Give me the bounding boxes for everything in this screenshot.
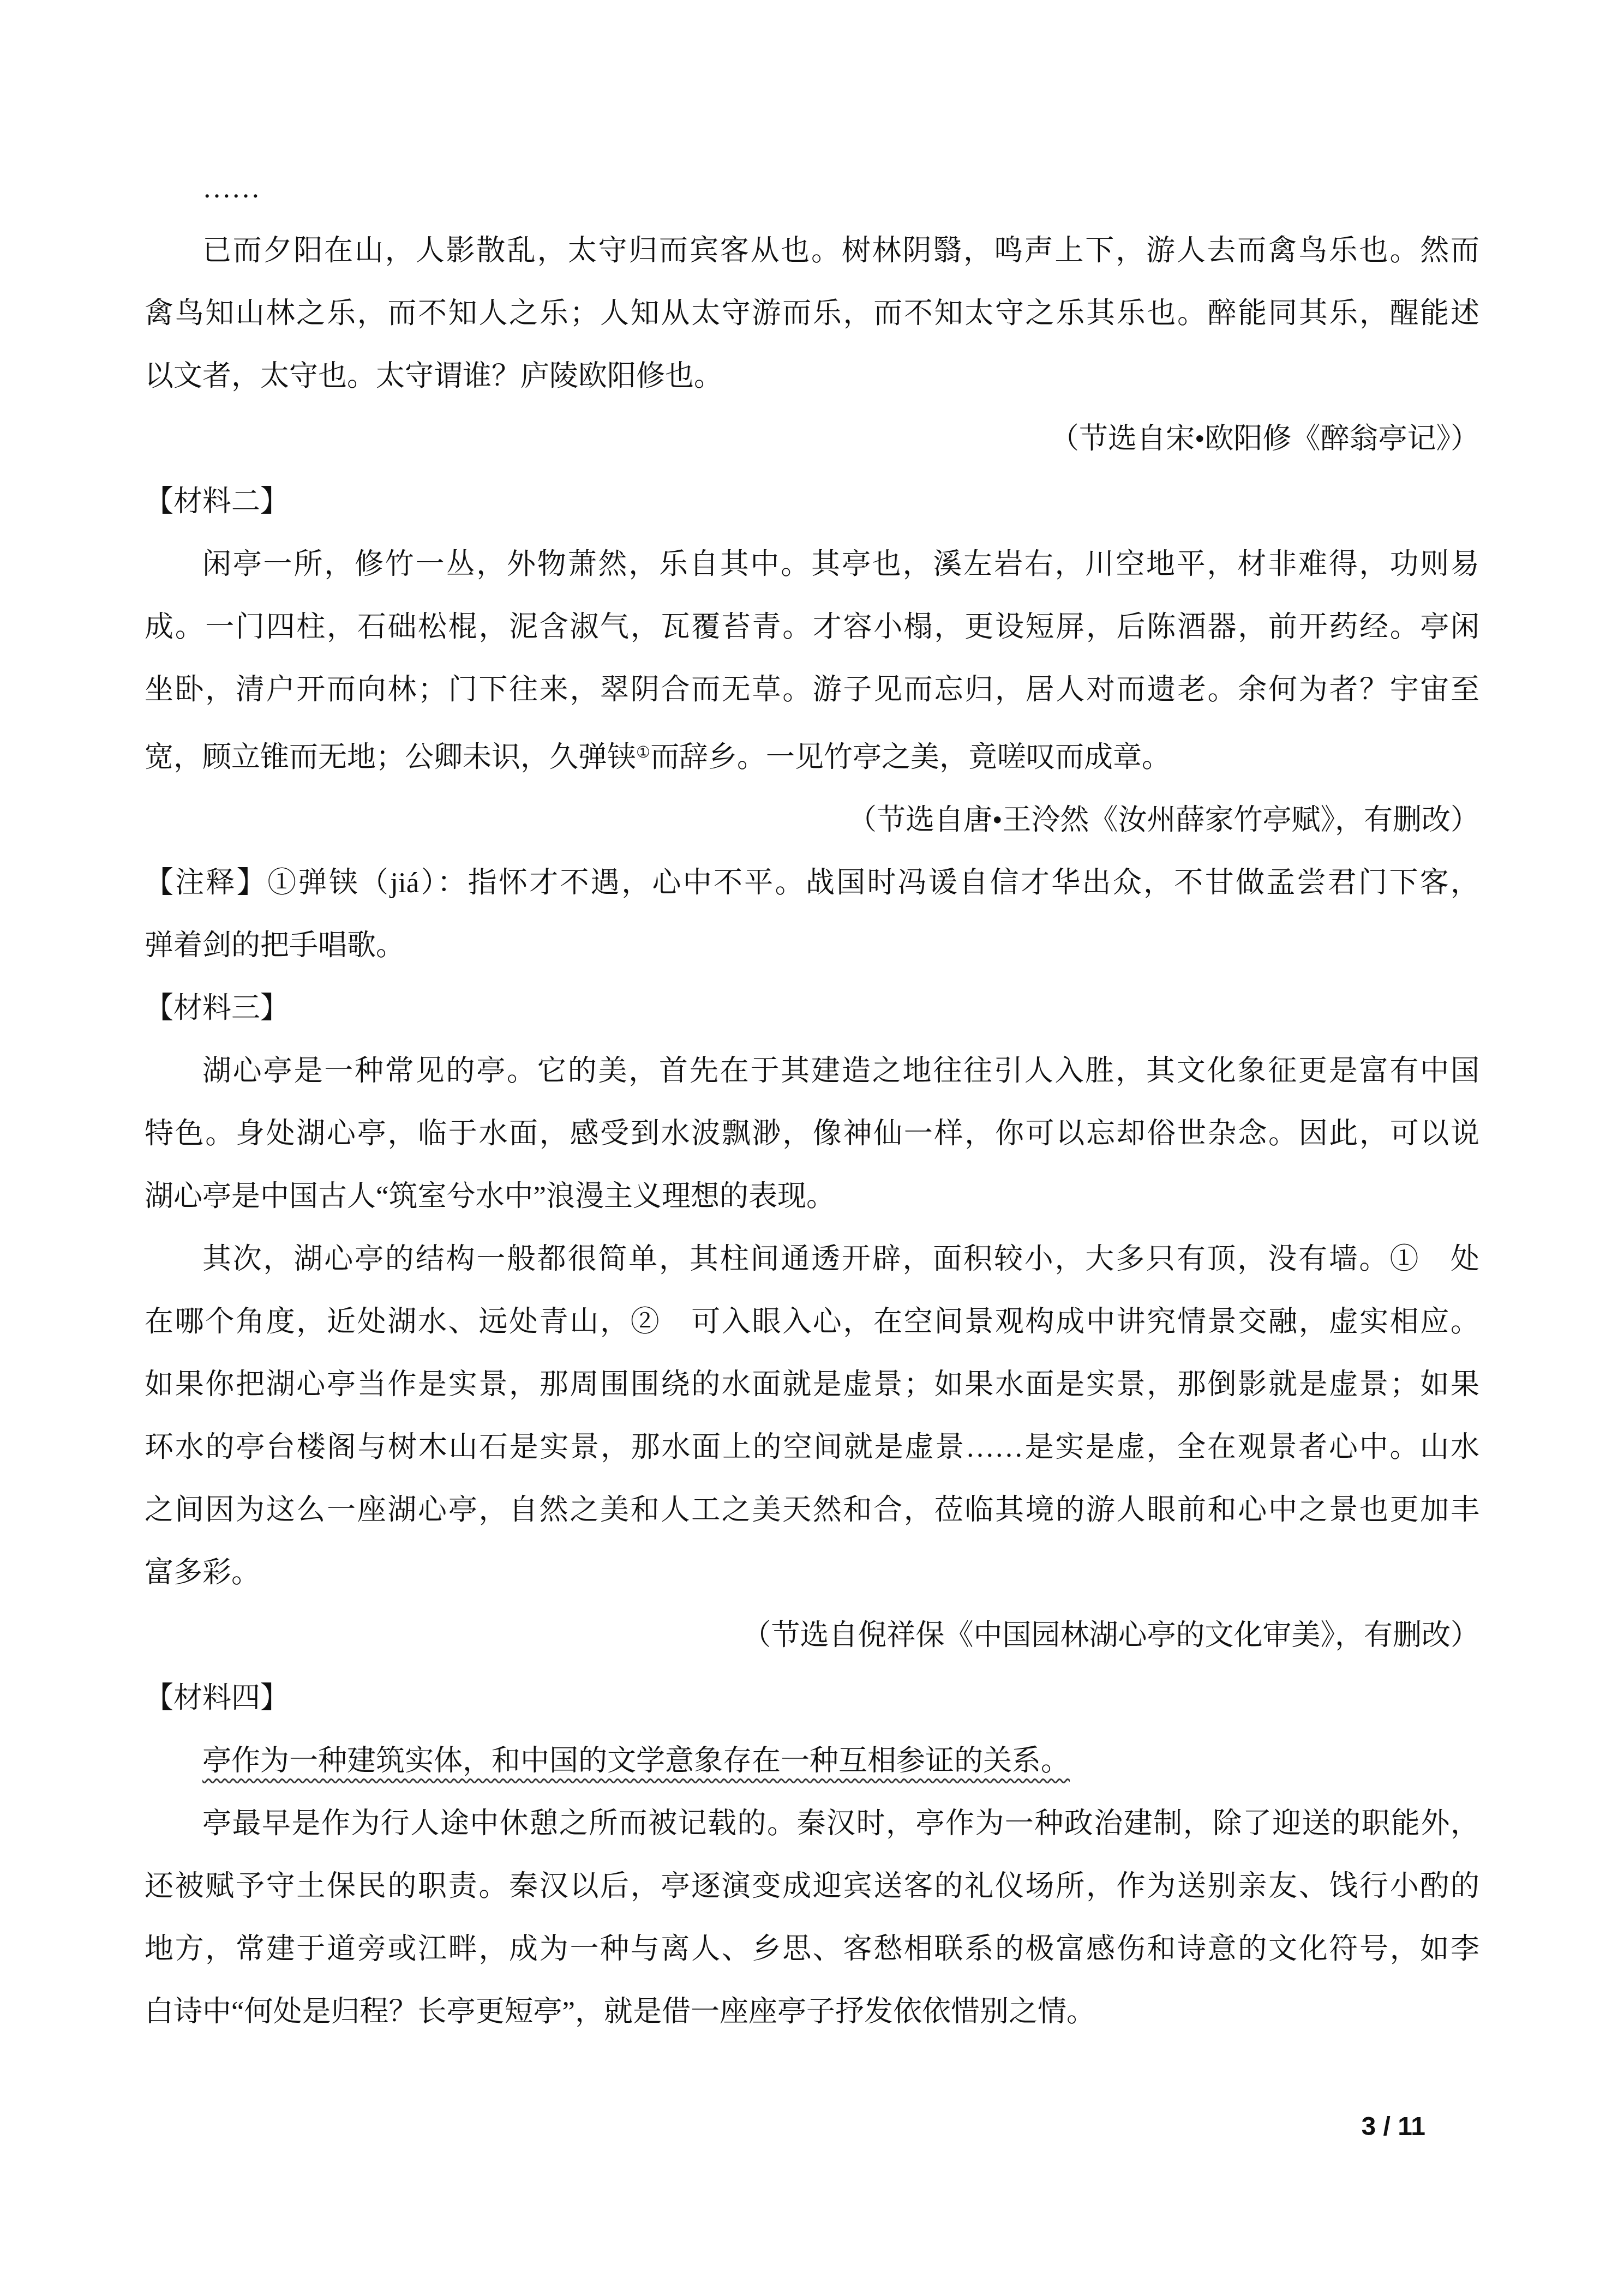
- text-run: ……: [202, 172, 260, 204]
- body-line: 还被赋予守土保民的职责。秦汉以后，亭逐演变成迎宾送客的礼仪场所，作为送别亲友、饯…: [145, 1855, 1479, 1918]
- wavy-underlined-line: 亭作为一种建筑实体，和中国的文学意象存在一种互相参证的关系。: [145, 1730, 1479, 1793]
- text-run: 【材料二】: [145, 486, 289, 518]
- document-page: ……已而夕阳在山，人影散乱，太守归而宾客从也。树林阴翳，鸣声上下，游人去而禽鸟乐…: [0, 0, 1624, 2296]
- footnote-ref-mark: ①: [636, 744, 650, 761]
- body-line: 之间因为这么一座湖心亭，自然之美和人工之美天然和合，莅临其境的游人眼前和心中之景…: [145, 1479, 1479, 1542]
- body-line: 已而夕阳在山，人影散乱，太守归而宾客从也。树林阴翳，鸣声上下，游人去而禽鸟乐也。…: [145, 220, 1479, 283]
- text-run: 以文者，太守也。太守谓谁？庐陵欧阳修也。: [145, 360, 723, 392]
- paragraph-end-line: 弹着剑的把手唱歌。: [145, 915, 1479, 977]
- attribution-line: （节选自倪祥保《中国园林湖心亭的文化审美》，有删改）: [145, 1604, 1479, 1667]
- text-run: 富多彩。: [145, 1557, 260, 1589]
- paragraph-end-line: 富多彩。: [145, 1542, 1479, 1604]
- text-run: 还被赋予守土保民的职责。秦汉以后，亭逐演变成迎宾送客的礼仪场所，作为送别亲友、饯…: [145, 1871, 1479, 1902]
- section-header: 【材料二】: [145, 471, 1479, 533]
- section-header: 【材料四】: [145, 1667, 1479, 1730]
- body-line: 环水的亭台楼阁与树木山石是实景，那水面上的空间就是虚景……是实是虚，全在观景者心…: [145, 1416, 1479, 1479]
- body-line: 成。一门四柱，石础松棍，泥含淑气，瓦覆苔青。才容小榻，更设短屏，后陈酒器，前开药…: [145, 596, 1479, 659]
- text-run: 如果你把湖心亭当作是实景，那周围围绕的水面就是虚景；如果水面是实景，那倒影就是虚…: [145, 1369, 1479, 1401]
- paragraph-end-line: 以文者，太守也。太守谓谁？庐陵欧阳修也。: [145, 345, 1479, 408]
- body-line: 地方，常建于道旁或江畔，成为一种与离人、乡思、客愁相联系的极富感伤和诗意的文化符…: [145, 1918, 1479, 1981]
- text-run: 【材料三】: [145, 993, 289, 1024]
- page-number: 3 / 11: [1362, 2112, 1425, 2142]
- section-header: 【材料三】: [145, 977, 1479, 1040]
- material-3: 【材料三】湖心亭是一种常见的亭。它的美，首先在于其建造之地往往引人入胜，其文化象…: [145, 977, 1479, 1667]
- text-run: 湖心亭是一种常见的亭。它的美，首先在于其建造之地往往引人入胜，其文化象征更是富有…: [202, 1055, 1479, 1087]
- text-run: 其次，湖心亭的结构一般都很简单，其柱间通透开辟，面积较小，大多只有顶，没有墙。①…: [202, 1243, 1479, 1275]
- text-run: 而辞乡。一见竹亭之美，竟嗟叹而成章。: [650, 742, 1171, 773]
- text-run: 【注释】①弹铗（jiá）：指怀才不遇，心中不平。战国时冯谖自信才华出众，不甘做孟…: [145, 867, 1479, 899]
- text-run: （节选自宋•欧阳修《醉翁亭记》）: [1050, 423, 1479, 455]
- body-line: 在哪个角度，近处湖水、远处青山，② 可入眼入心，在空间景观构成中讲究情景交融，虚…: [145, 1291, 1479, 1354]
- text-run: 宽，顾立锥而无地；公卿未识，久弹铗: [145, 742, 636, 773]
- body-line: 坐卧，清户开而向林；门下往来，翠阴合而无草。游子见而忘归，居人对而遗老。余何为者…: [145, 659, 1479, 722]
- material-1-excerpt: ……已而夕阳在山，人影散乱，太守归而宾客从也。树林阴翳，鸣声上下，游人去而禽鸟乐…: [145, 157, 1479, 471]
- text-run: 在哪个角度，近处湖水、远处青山，② 可入眼入心，在空间景观构成中讲究情景交融，虚…: [145, 1306, 1479, 1338]
- text-run: 特色。身处湖心亭，临于水面，感受到水波飘渺，像神仙一样，你可以忘却俗世杂念。因此…: [145, 1118, 1479, 1150]
- text-run: 之间因为这么一座湖心亭，自然之美和人工之美天然和合，莅临其境的游人眼前和心中之景…: [145, 1494, 1479, 1526]
- paragraph-end-line: 湖心亭是中国古人“筑室兮水中”浪漫主义理想的表现。: [145, 1165, 1479, 1228]
- text-run: 【材料四】: [145, 1682, 289, 1714]
- body-line: 湖心亭是一种常见的亭。它的美，首先在于其建造之地往往引人入胜，其文化象征更是富有…: [145, 1040, 1479, 1103]
- text-run: 地方，常建于道旁或江畔，成为一种与离人、乡思、客愁相联系的极富感伤和诗意的文化符…: [145, 1933, 1479, 1965]
- paragraph-end-line: 白诗中“何处是归程？长亭更短亭”，就是借一座座亭子抒发依依惜别之情。: [145, 1981, 1479, 2043]
- body-line: 特色。身处湖心亭，临于水面，感受到水波飘渺，像神仙一样，你可以忘却俗世杂念。因此…: [145, 1103, 1479, 1165]
- ellipsis-line: ……: [145, 157, 1479, 220]
- material-4: 【材料四】亭作为一种建筑实体，和中国的文学意象存在一种互相参证的关系。亭最早是作…: [145, 1667, 1479, 2043]
- text-run: （节选自唐•王泠然《汝州薛家竹亭赋》，有删改）: [848, 804, 1479, 836]
- body-line: 禽鸟知山林之乐，而不知人之乐；人知从太守游而乐，而不知太守之乐其乐也。醉能同其乐…: [145, 283, 1479, 345]
- document-body: ……已而夕阳在山，人影散乱，太守归而宾客从也。树林阴翳，鸣声上下，游人去而禽鸟乐…: [145, 157, 1479, 2043]
- body-line: 如果你把湖心亭当作是实景，那周围围绕的水面就是虚景；如果水面是实景，那倒影就是虚…: [145, 1354, 1479, 1416]
- text-run: 湖心亭是中国古人“筑室兮水中”浪漫主义理想的表现。: [145, 1181, 835, 1212]
- attribution-line: （节选自唐•王泠然《汝州薛家竹亭赋》，有删改）: [145, 789, 1479, 852]
- note-line: 【注释】①弹铗（jiá）：指怀才不遇，心中不平。战国时冯谖自信才华出众，不甘做孟…: [145, 852, 1479, 915]
- body-line: 亭最早是作为行人途中休憩之所而被记载的。秦汉时，亭作为一种政治建制，除了迎送的职…: [145, 1793, 1479, 1855]
- text-run: 环水的亭台楼阁与树木山石是实景，那水面上的空间就是虚景……是实是虚，全在观景者心…: [145, 1432, 1479, 1463]
- attribution-line: （节选自宋•欧阳修《醉翁亭记》）: [145, 408, 1479, 471]
- body-line: 闲亭一所，修竹一丛，外物萧然，乐自其中。其亭也，溪左岩右，川空地平，材非难得，功…: [145, 533, 1479, 596]
- text-run: 已而夕阳在山，人影散乱，太守归而宾客从也。树林阴翳，鸣声上下，游人去而禽鸟乐也。…: [202, 235, 1479, 267]
- text-run: 亭最早是作为行人途中休憩之所而被记载的。秦汉时，亭作为一种政治建制，除了迎送的职…: [202, 1808, 1479, 1840]
- body-line: 其次，湖心亭的结构一般都很简单，其柱间通透开辟，面积较小，大多只有顶，没有墙。①…: [145, 1228, 1479, 1291]
- text-run: （节选自倪祥保《中国园林湖心亭的文化审美》，有删改）: [742, 1620, 1480, 1651]
- text-run: 弹着剑的把手唱歌。: [145, 930, 405, 961]
- text-run: 禽鸟知山林之乐，而不知人之乐；人知从太守游而乐，而不知太守之乐其乐也。醉能同其乐…: [145, 298, 1479, 329]
- footnote-ref-line: 宽，顾立锥而无地；公卿未识，久弹铗①而辞乡。一见竹亭之美，竟嗟叹而成章。: [145, 722, 1479, 789]
- text-run: 成。一门四柱，石础松棍，泥含淑气，瓦覆苔青。才容小榻，更设短屏，后陈酒器，前开药…: [145, 611, 1479, 643]
- material-2-note: 【注释】①弹铗（jiá）：指怀才不遇，心中不平。战国时冯谖自信才华出众，不甘做孟…: [145, 852, 1479, 977]
- text-run: 闲亭一所，修竹一丛，外物萧然，乐自其中。其亭也，溪左岩右，川空地平，材非难得，功…: [202, 549, 1479, 580]
- text-run: 白诗中“何处是归程？长亭更短亭”，就是借一座座亭子抒发依依惜别之情。: [145, 1996, 1095, 2028]
- wavy-underlined-text: 亭作为一种建筑实体，和中国的文学意象存在一种互相参证的关系。: [202, 1745, 1070, 1777]
- text-run: 坐卧，清户开而向林；门下往来，翠阴合而无草。游子见而忘归，居人对而遗老。余何为者…: [145, 674, 1479, 706]
- material-2: 【材料二】闲亭一所，修竹一丛，外物萧然，乐自其中。其亭也，溪左岩右，川空地平，材…: [145, 471, 1479, 852]
